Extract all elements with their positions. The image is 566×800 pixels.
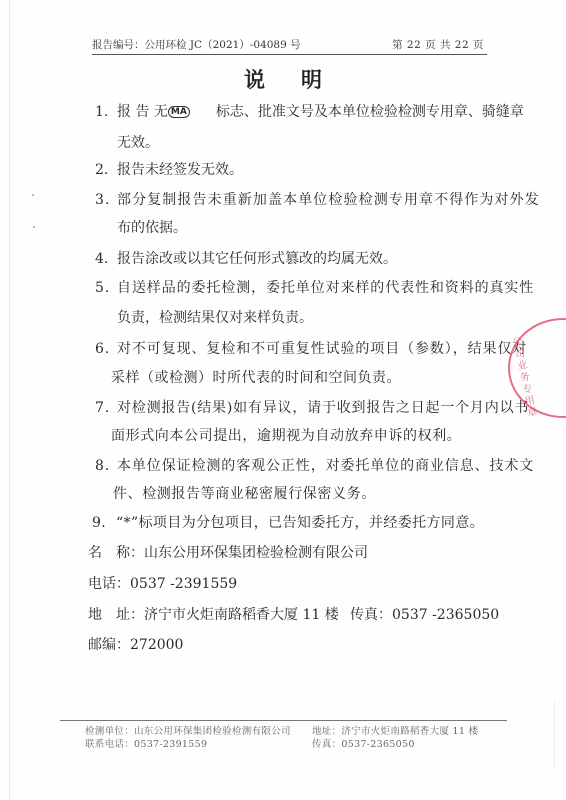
scan-speck [32,194,34,196]
list-item-6-cont: 采样（或检测）时所代表的时间和空间负责。 [111,369,401,387]
list-item-1: 1.报 告 无MA标志、批准文号及本单位检验检测专用章、骑缝章 [95,103,524,121]
list-item-5-cont: 负责，检测结果仅对来样负责。 [117,309,313,327]
list-item-5: 5.自送样品的委托检测，委托单位对来样的代表性和资料的真实性 [95,279,534,297]
list-item-9: 9.“*”标项目为分包项目，已告知委托方，并经委托方同意。 [92,514,484,532]
document-page: 报告编号：公用环检 JC（2021）-04089 号 第 22 页 共 22 页… [0,0,566,800]
footer-fax: 传真：0537-2365050 [312,739,415,751]
company-zip: 邮编：272000 [88,636,183,654]
list-item-2: 2.报告未经签发无效。 [95,161,243,179]
page-header: 报告编号：公用环检 JC（2021）-04089 号 第 22 页 共 22 页 [92,37,492,53]
page-number: 第 22 页 共 22 页 [392,37,484,52]
page-title: 说明 [0,64,566,94]
scan-edge-right [554,700,555,770]
footer-divider [60,720,507,721]
footer-unit: 检测单位：山东公用环保集团检验检测有限公司 [85,726,291,738]
list-item-4: 4.报告涂改或以其它任何形式篡改的均属无效。 [95,250,397,268]
list-item-7: 7.对检测报告(结果)如有异议，请于收到报告之日起一个月内以书 [95,399,529,417]
list-item-7-cont: 面形式向本公司提出，逾期视为自动放弃申诉的权利。 [111,427,461,445]
list-item-6: 6.对不可复现、复检和不可重复性试验的项目（参数），结果仅对 [95,340,527,358]
company-name: 名 称：山东公用环保集团检验检测有限公司 [88,544,368,562]
list-item-3: 3.部分复制报告未重新加盖本单位检验检测专用章不得作为对外发 [95,191,540,209]
report-number: 报告编号：公用环检 JC（2021）-04089 号 [92,37,301,52]
list-item-3-cont: 布的依据。 [117,219,187,237]
header-divider [92,54,487,55]
footer-phone: 联系电话：0537-2391559 [85,739,207,751]
seal-stamp: 公司业务专用章 [500,318,566,418]
company-address: 地 址：济宁市火炬南路稻香大厦 11 楼 [88,606,339,624]
list-item-1-cont: 无效。 [117,134,159,152]
cma-mark-icon: MA [168,106,190,118]
footer-address: 地址：济宁市火炬南路稻香大厦 11 楼 [312,726,478,738]
scan-speck [33,226,35,228]
list-item-8-cont: 件、检测报告等商业秘密履行保密义务。 [113,485,376,503]
company-fax: 传真：0537 -2365050 [350,606,499,624]
scan-edge-left [9,0,10,800]
list-item-8: 8.本单位保证检测的客观公正性，对委托单位的商业信息、技术文 [95,457,534,475]
company-phone: 电话：0537 -2391559 [88,575,237,593]
